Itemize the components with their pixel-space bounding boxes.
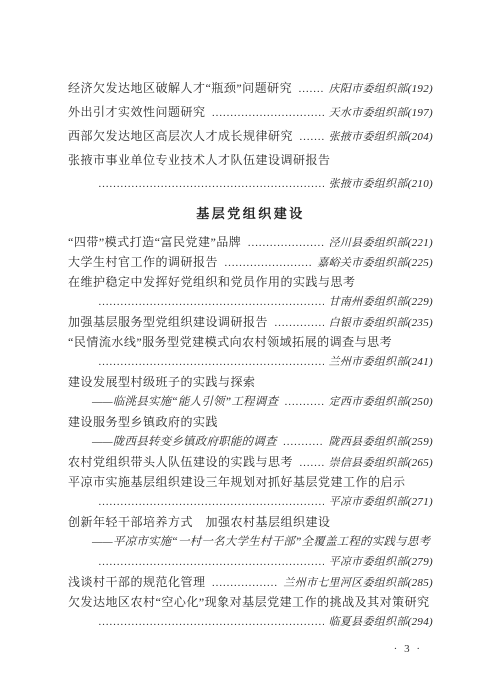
entry-title: ——平凉市实施“一村一名大学生村干部”全覆盖工程的实践与思考 xyxy=(92,532,430,552)
dot-leader: …………………………………………………………………………………………………………… xyxy=(284,392,323,412)
entry-author: 临夏县委组织部(294) xyxy=(329,612,433,632)
dot-leader: …………………………………………………………………………………………………………… xyxy=(98,292,324,312)
dot-leader: …………………………………………………………………………………………………………… xyxy=(98,612,324,632)
dot-leader: …………………………………………………………………………………………………………… xyxy=(212,101,324,124)
toc-entry: …………………………………………………………………………………………………………… xyxy=(68,292,433,312)
entry-title: 欠发达地区农村“空心化”现象对基层党建工作的挑战及其对策研究 xyxy=(68,592,430,612)
dot-leader: …………………………………………………………………………………………………………… xyxy=(298,77,323,100)
entry-title: ——陇西县转变乡镇政府职能的调查 xyxy=(92,432,277,452)
document-page: 经济欠发达地区破解人才“瓶颈”问题研究………………………………………………………… xyxy=(0,0,499,698)
entry-author: 陇西县委组织部(259) xyxy=(329,432,433,452)
dot-leader: …………………………………………………………………………………………………………… xyxy=(98,552,324,572)
dot-leader: …………………………………………………………………………………………………………… xyxy=(224,253,312,272)
toc-entry: 加强基层服务型党组织建设调研报告………………………………………………………………… xyxy=(68,312,433,332)
entry-title: 在维护稳定中发挥好党组织和党员作用的实践与思考 xyxy=(68,272,356,292)
entry-author: 平凉市委组织部(271) xyxy=(329,492,433,512)
entry-author: 定西市委组织部(250) xyxy=(329,392,433,412)
toc-entry: 西部欠发达地区高层次人才成长规律研究…………………………………………………………… xyxy=(68,124,433,148)
toc-entry: 平凉市实施基层组织建设三年规划对抓好基层党建工作的启示 xyxy=(68,472,433,492)
toc-entry: 创新年轻干部培养方式 加强农村基层组织建设 xyxy=(68,512,433,532)
entry-author: 兰州市委组织部(241) xyxy=(329,352,433,372)
toc-entry: 农村党组织带头人队伍建设的实践与思考…………………………………………………………… xyxy=(68,452,433,472)
toc-entry: “民情流水线”服务型党建模式向农村领域拓展的调查与思考 xyxy=(68,332,433,352)
entry-title: 浅谈村干部的规范化管理 xyxy=(68,572,206,592)
entry-title: 建设服务型乡镇政府的实践 xyxy=(68,412,218,432)
page-number: · 3 · xyxy=(394,643,422,655)
entry-author: 白银市委组织部(235) xyxy=(329,313,433,332)
entry-title: “四带”模式打造“富民党建”品牌 xyxy=(68,232,241,252)
entry-title: 经济欠发达地区破解人才“瓶颈”问题研究 xyxy=(68,76,292,100)
toc-entry: 大学生村官工作的调研报告…………………………………………………………………………… xyxy=(68,252,433,272)
toc-entry: ——陇西县转变乡镇政府职能的调查………………………………………………………………… xyxy=(68,432,433,452)
entry-author: 兰州市七里河区委组织部(285) xyxy=(283,573,433,592)
dot-leader: …………………………………………………………………………………………………………… xyxy=(299,125,324,148)
toc-entry: 建设发展型村级班子的实践与探索 xyxy=(68,372,433,392)
entry-title: 农村党组织带头人队伍建设的实践与思考 xyxy=(68,452,293,472)
entry-title: 大学生村官工作的调研报告 xyxy=(68,252,218,272)
entry-author: 崇信县委组织部(265) xyxy=(329,453,433,472)
toc-entry: 建设服务型乡镇政府的实践 xyxy=(68,412,433,432)
entry-author: 泾川县委组织部(221) xyxy=(329,233,433,252)
toc-section: 经济欠发达地区破解人才“瓶颈”问题研究………………………………………………………… xyxy=(68,76,433,196)
toc-entry: …………………………………………………………………………………………………………… xyxy=(68,552,433,572)
dot-leader: …………………………………………………………………………………………………………… xyxy=(98,492,324,512)
entry-title: 建设发展型村级班子的实践与探索 xyxy=(68,372,256,392)
toc-entry: 欠发达地区农村“空心化”现象对基层党建工作的挑战及其对策研究 xyxy=(68,592,433,612)
dot-leader: …………………………………………………………………………………………………………… xyxy=(98,172,324,196)
dot-leader: …………………………………………………………………………………………………………… xyxy=(299,453,324,472)
toc-entry: 在维护稳定中发挥好党组织和党员作用的实践与思考 xyxy=(68,272,433,292)
entry-author: 张掖市委组织部(204) xyxy=(329,125,433,148)
toc-entry: 张掖市事业单位专业技术人才队伍建设调研报告 xyxy=(68,148,433,172)
toc-entry: …………………………………………………………………………………………………………… xyxy=(68,352,433,372)
section-header: 基层党组织建设 xyxy=(68,204,433,224)
dot-leader: …………………………………………………………………………………………………………… xyxy=(98,352,324,372)
entry-author: 庆阳市委组织部(192) xyxy=(329,77,433,100)
entry-title: 平凉市实施基层组织建设三年规划对抓好基层党建工作的启示 xyxy=(68,472,406,492)
toc-entry: …………………………………………………………………………………………………………… xyxy=(68,612,433,632)
toc-entry: 外出引才实效性问题研究……………………………………………………………………………… xyxy=(68,100,433,124)
entry-author: 张掖市委组织部(210) xyxy=(329,172,433,196)
toc-section: “四带”模式打造“富民党建”品牌………………………………………………………………… xyxy=(68,232,433,632)
dot-leader: …………………………………………………………………………………………………………… xyxy=(274,313,324,332)
entry-title: ——临洮县实施“能人引领”工程调查 xyxy=(92,392,278,412)
dot-leader: …………………………………………………………………………………………………………… xyxy=(247,233,323,252)
toc-entry: ——平凉市实施“一村一名大学生村干部”全覆盖工程的实践与思考 xyxy=(68,532,433,552)
dot-leader: …………………………………………………………………………………………………………… xyxy=(283,432,324,452)
toc-entry: 经济欠发达地区破解人才“瓶颈”问题研究………………………………………………………… xyxy=(68,76,433,100)
toc-entry: 浅谈村干部的规范化管理……………………………………………………………………………… xyxy=(68,572,433,592)
toc-entry: “四带”模式打造“富民党建”品牌………………………………………………………………… xyxy=(68,232,433,252)
entry-title: “民情流水线”服务型党建模式向农村领域拓展的调查与思考 xyxy=(68,332,392,352)
entry-title: 张掖市事业单位专业技术人才队伍建设调研报告 xyxy=(68,148,331,172)
entry-title: 西部欠发达地区高层次人才成长规律研究 xyxy=(68,124,293,148)
toc-entry: …………………………………………………………………………………………………………… xyxy=(68,492,433,512)
dot-leader: …………………………………………………………………………………………………………… xyxy=(212,573,279,592)
toc-content: 经济欠发达地区破解人才“瓶颈”问题研究………………………………………………………… xyxy=(68,76,433,632)
toc-entry: …………………………………………………………………………………………………………… xyxy=(68,172,433,196)
entry-author: 嘉峪关市委组织部(225) xyxy=(317,253,433,272)
entry-title: 加强基层服务型党组织建设调研报告 xyxy=(68,312,268,332)
entry-title: 创新年轻干部培养方式 加强农村基层组织建设 xyxy=(68,512,331,532)
entry-author: 天水市委组织部(197) xyxy=(329,101,433,124)
toc-entry: ——临洮县实施“能人引领”工程调查……………………………………………………………… xyxy=(68,392,433,412)
entry-author: 甘南州委组织部(229) xyxy=(329,292,433,312)
entry-author: 平凉市委组织部(279) xyxy=(329,552,433,572)
entry-title: 外出引才实效性问题研究 xyxy=(68,100,206,124)
